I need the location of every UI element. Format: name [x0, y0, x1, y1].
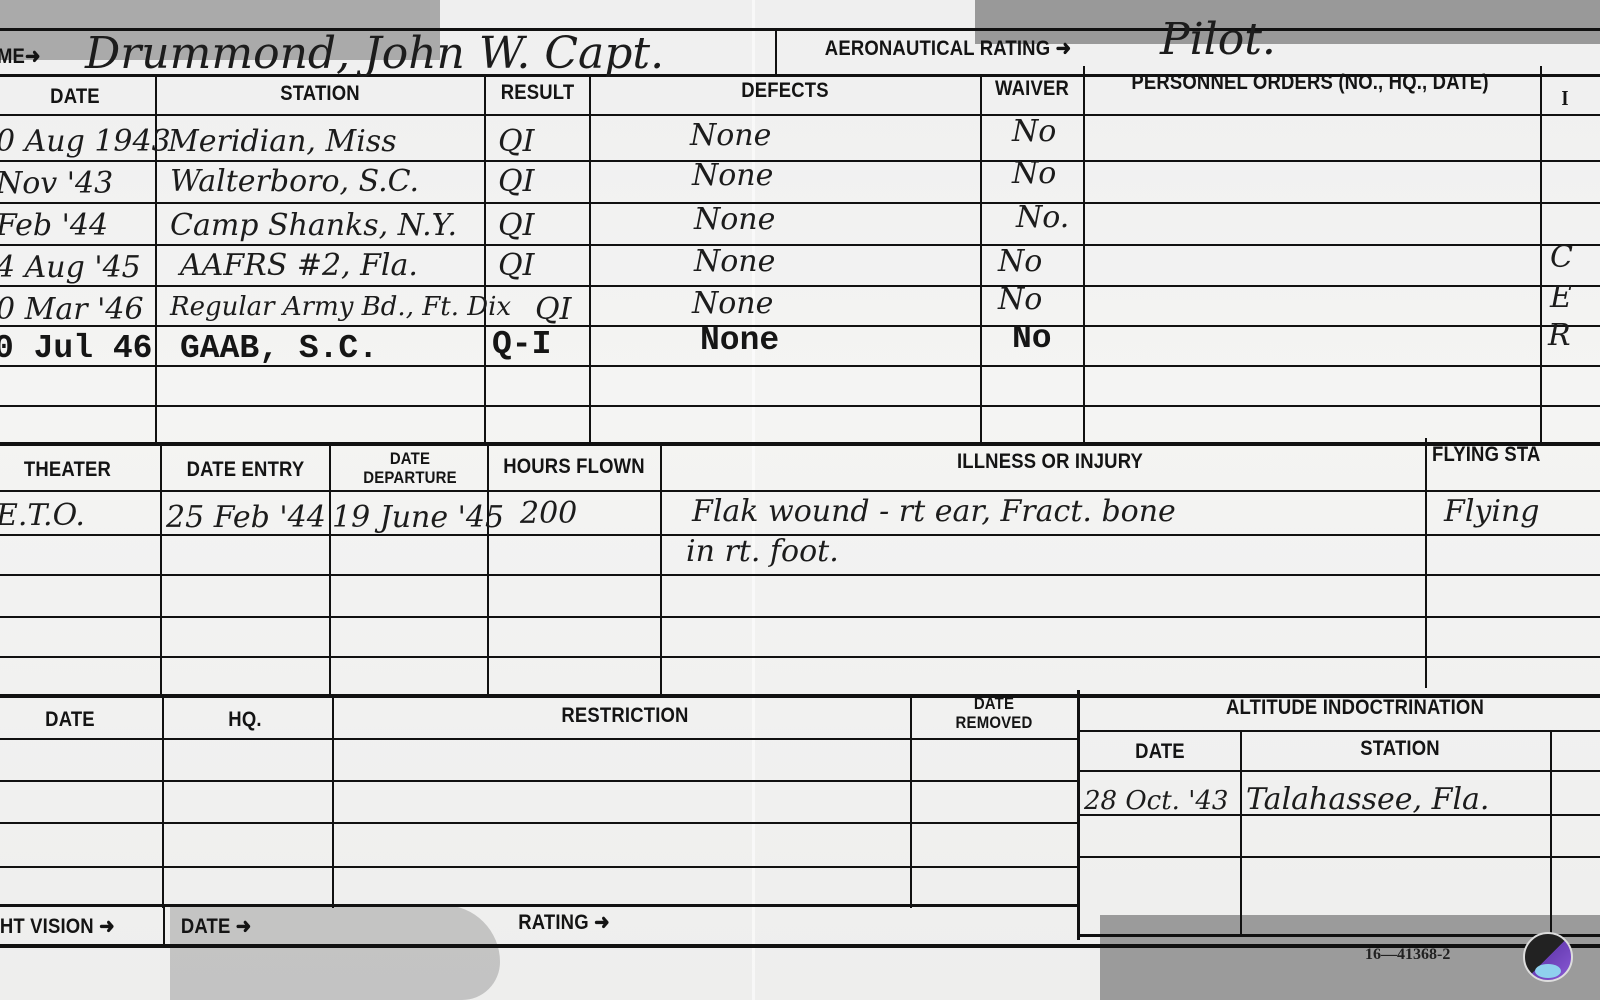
exam-defects: None: [692, 286, 773, 321]
exam-result: QI: [498, 124, 534, 159]
rule: [0, 202, 1600, 204]
rule: [910, 698, 912, 908]
rule: [1080, 856, 1600, 858]
rule: [1550, 730, 1552, 936]
header-illness-injury: ILLNESS OR INJURY: [918, 450, 1182, 474]
name-value: Drummond, John W. Capt.: [85, 28, 664, 79]
exam-waiver: No: [998, 282, 1042, 317]
edge-mark: E: [1550, 280, 1572, 315]
rule: [0, 616, 1600, 618]
rule: [484, 76, 486, 446]
rule: [0, 866, 1080, 868]
exam-date: 0 Mar '46: [0, 292, 144, 327]
exam-station: Camp Shanks, N.Y.: [170, 208, 457, 243]
edge-mark: R: [1548, 318, 1571, 353]
exam-waiver: No: [998, 244, 1042, 279]
exam-station: Regular Army Bd., Ft. Dix: [170, 292, 511, 322]
header-hours-flown: HOURS FLOWN: [500, 455, 648, 479]
header-personnel-orders: PERSONNEL ORDERS (NO., HQ., DATE): [1116, 71, 1503, 95]
exam-defects: None: [692, 158, 773, 193]
rule: [0, 822, 1080, 824]
squadron-emblem-icon: [1523, 932, 1573, 982]
exam-waiver: No: [1012, 320, 1052, 357]
header-date: DATE: [35, 85, 114, 109]
rule: [332, 868, 334, 906]
rule: [487, 446, 489, 698]
rule: [0, 442, 1600, 446]
header-result: RESULT: [496, 81, 580, 105]
rule: [0, 904, 1080, 907]
header-station: STATION: [241, 82, 399, 106]
form-number: 16—41368-2: [1365, 946, 1450, 964]
altitude-station-value: Talahassee, Fla.: [1246, 782, 1489, 817]
exam-station: Meridian, Miss: [168, 124, 397, 159]
rule: [0, 656, 1600, 658]
exam-defects: None: [694, 244, 775, 279]
rule: [329, 446, 331, 698]
arrow-icon: ➜: [594, 911, 610, 934]
rule: [1240, 730, 1242, 936]
exam-result: Q-I: [492, 326, 551, 363]
header-theater: THEATER: [17, 458, 118, 482]
rule: [0, 244, 1600, 246]
name-label: ME➜: [0, 44, 41, 69]
rule: [0, 944, 1600, 948]
illness-line-1: Flak wound - rt ear, Fract. bone: [692, 494, 1176, 529]
rule: [0, 780, 1080, 782]
exam-station: Walterboro, S.C.: [170, 164, 419, 199]
arrow-icon: ➜: [25, 45, 41, 68]
illness-line-2: in rt. foot.: [686, 534, 839, 569]
arrow-icon: ➜: [1056, 37, 1072, 60]
exam-result: QI: [498, 208, 534, 243]
exam-result: QI: [535, 292, 571, 327]
exam-date: 0 Aug 1943: [0, 124, 171, 159]
exam-date: 4 Aug '45: [0, 250, 141, 285]
rule: [163, 906, 165, 946]
rule: [1080, 730, 1600, 732]
header-altitude-station: STATION: [1338, 737, 1461, 761]
rule: [589, 76, 591, 446]
altitude-indoctrination-title: ALTITUDE INDOCTRINATION: [1183, 696, 1526, 720]
rule: [1540, 66, 1542, 446]
exam-station: AAFRS #2, Fla.: [180, 248, 418, 283]
header-waiver: WAIVER: [989, 77, 1075, 101]
rule: [1080, 770, 1600, 772]
header-defects: DEFECTS: [701, 79, 868, 103]
exam-date: Feb '44: [0, 208, 108, 243]
rule: [0, 574, 1600, 576]
footer-rating-label: RATING ➜: [518, 910, 610, 935]
header-hq: HQ.: [201, 708, 289, 732]
aeronautical-rating-label: AERONAUTICAL RATING ➜: [825, 36, 1071, 61]
rule: [0, 285, 1600, 287]
footer-date-label: DATE ➜: [181, 914, 252, 939]
header-flying-status: FLYING STA: [1432, 443, 1590, 467]
exam-waiver: No: [1012, 156, 1056, 191]
header-partial: I: [1556, 86, 1574, 111]
date-departure-value: 19 June '45: [332, 500, 504, 535]
altitude-date-value: 28 Oct. '43: [1084, 786, 1228, 816]
hours-flown-value: 200: [520, 496, 577, 531]
record-card: ME➜ Drummond, John W. Capt. AERONAUTICAL…: [0, 0, 1600, 1000]
header-date-removed: DATEREMOVED: [924, 694, 1063, 732]
rule: [0, 490, 1600, 492]
exam-defects: None: [694, 202, 775, 237]
flying-status-value: Flying: [1444, 494, 1539, 529]
rule: [162, 698, 164, 908]
rule: [0, 114, 1600, 116]
exam-defects: None: [690, 118, 771, 153]
exam-date: 0 Jul 46: [0, 330, 152, 367]
header-date-departure: DATEDEPARTURE: [344, 449, 476, 487]
rule: [1080, 934, 1600, 937]
date-entry-value: 25 Feb '44: [166, 500, 326, 535]
rule: [0, 325, 1600, 327]
rule: [660, 446, 662, 698]
header-altitude-date: DATE: [1116, 740, 1204, 764]
exam-defects: None: [700, 322, 779, 359]
arrow-icon: ➜: [236, 915, 252, 938]
exam-waiver: No: [1012, 114, 1056, 149]
header-restriction: RESTRICTION: [533, 704, 718, 728]
theater-value: E.T.O.: [0, 498, 85, 533]
exam-result: QI: [498, 164, 534, 199]
rule: [0, 160, 1600, 162]
rule: [1425, 438, 1427, 688]
rule: [0, 405, 1600, 407]
exam-result: QI: [498, 248, 534, 283]
night-vision-label: HT VISION ➜: [0, 914, 115, 939]
exam-waiver: No.: [1016, 200, 1069, 235]
rule: [1083, 66, 1085, 446]
header-date-entry: DATE ENTRY: [177, 458, 313, 482]
exam-station: GAAB, S.C.: [180, 330, 378, 367]
header-restriction-date: DATE: [26, 708, 114, 732]
exam-date: Nov '43: [0, 166, 113, 201]
globe-icon: [1535, 964, 1561, 978]
edge-mark: C: [1550, 240, 1573, 275]
rule: [160, 446, 162, 698]
aeronautical-rating-value: Pilot.: [1160, 14, 1276, 65]
rule: [775, 28, 777, 76]
arrow-icon: ➜: [99, 915, 115, 938]
rule: [980, 76, 982, 446]
